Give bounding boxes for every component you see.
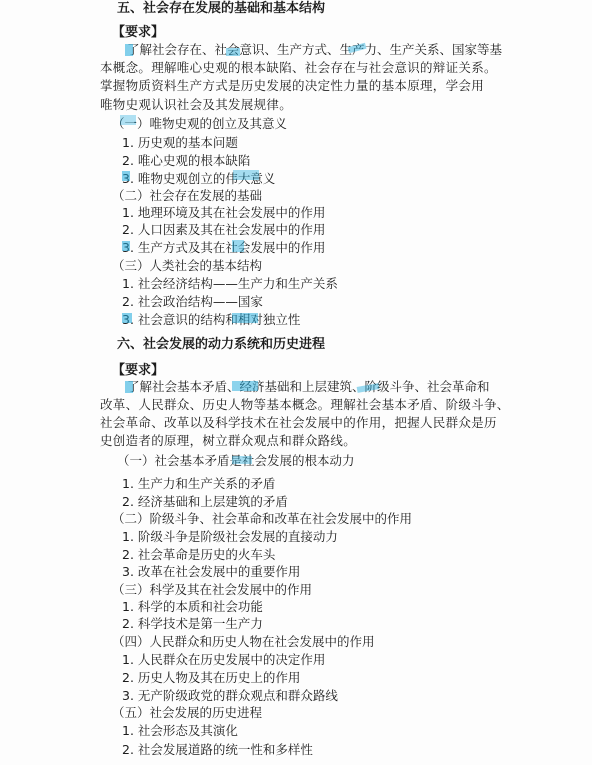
requirement-line: 了解社会基本矛盾、经济基础和上层建筑、阶级斗争、社会革命和 [127, 378, 490, 396]
pen-mark [232, 456, 252, 464]
requirement-line: 掌握物质资料生产方式是历史发展的决定性力量的基本原理，学会用 [100, 77, 484, 95]
outline-item: 1. 生产力和生产关系的矛盾 [122, 475, 275, 493]
outline-item: 1. 科学的本质和社会功能 [122, 598, 263, 616]
requirement-line: 本概念。理解唯心史观的根本缺陷、社会存在与社会意识的辩证关系。 [100, 59, 497, 77]
pen-mark [233, 170, 259, 180]
outline-item: 1. 地理环境及其在社会发展中的作用 [122, 204, 325, 222]
outline-item: 2. 历史人物及其在历史上的作用 [122, 669, 300, 687]
requirement-line: 史创造者的原理，树立群众观点和群众路线。 [100, 432, 356, 450]
requirement-line: 了解社会存在、社会意识、生产方式、生产力、生产关系、国家等基 [127, 41, 502, 59]
outline-heading: （四）人民群众和历史人物在社会发展中的作用 [112, 633, 375, 651]
outline-item: 2. 社会革命是历史的火车头 [122, 546, 275, 564]
outline-heading: （二）社会存在发展的基础 [112, 187, 262, 205]
requirement-line: 唯物史观认识社会及其发展规律。 [100, 96, 292, 114]
requirement-line: 改革、人民群众、历史人物等基本概念。理解社会基本矛盾、阶级斗争、 [100, 396, 510, 414]
outline-item: 2. 社会发展道路的统一性和多样性 [122, 741, 313, 759]
pen-mark [122, 313, 132, 323]
outline-item: 1. 人民群众在历史发展中的决定作用 [122, 651, 325, 669]
pen-mark [232, 240, 244, 252]
requirement-label: 【要求】 [112, 24, 164, 42]
outline-item: 2. 科学技术是第一生产力 [122, 615, 263, 633]
pen-mark [122, 171, 130, 181]
outline-heading: （三）科学及其在社会发展中的作用 [112, 581, 312, 599]
outline-heading: （一）唯物史观的创立及其意义 [112, 115, 287, 133]
pen-mark [122, 241, 130, 251]
outline-item: 1. 社会经济结构——生产力和生产关系 [122, 275, 338, 293]
outline-item: 3. 无产阶级政党的群众观点和群众路线 [122, 687, 338, 705]
outline-item: 2. 社会政治结构——国家 [122, 293, 263, 311]
outline-item: 3. 改革在社会发展中的重要作用 [122, 563, 300, 581]
outline-item: 1. 历史观的基本问题 [122, 134, 238, 152]
outline-item: 1. 阶级斗争是阶级社会发展的直接动力 [122, 528, 338, 546]
pen-mark [125, 44, 133, 56]
section-title: 五、社会存在发展的基础和基本结构 [117, 0, 325, 18]
section-title: 六、社会发展的动力系统和历史进程 [117, 336, 325, 354]
outline-heading: （五）社会发展的历史进程 [112, 704, 262, 722]
outline-item: 2. 唯心史观的根本缺陷 [122, 152, 250, 170]
outline-item: 3. 生产方式及其在社会发展中的作用 [122, 239, 325, 257]
pen-mark [232, 381, 258, 391]
outline-item: 2. 经济基础和上层建筑的矛盾 [122, 493, 288, 511]
pen-mark [232, 313, 258, 323]
requirement-line: 社会革命、改革以及科学技术在社会发展中的作用，把握人民群众是历 [100, 414, 497, 432]
outline-heading: （三）人类社会的基本结构 [112, 257, 262, 275]
outline-item: 2. 人口因素及其在社会发展中的作用 [122, 221, 325, 239]
outline-item: 3. 社会意识的结构和相对独立性 [122, 311, 300, 329]
pen-mark [125, 381, 133, 393]
outline-item: 1. 社会形态及其演化 [122, 722, 238, 740]
pen-mark [120, 115, 136, 125]
outline-heading: （二）阶级斗争、社会革命和改革在社会发展中的作用 [112, 510, 412, 528]
pen-mark [226, 48, 240, 56]
